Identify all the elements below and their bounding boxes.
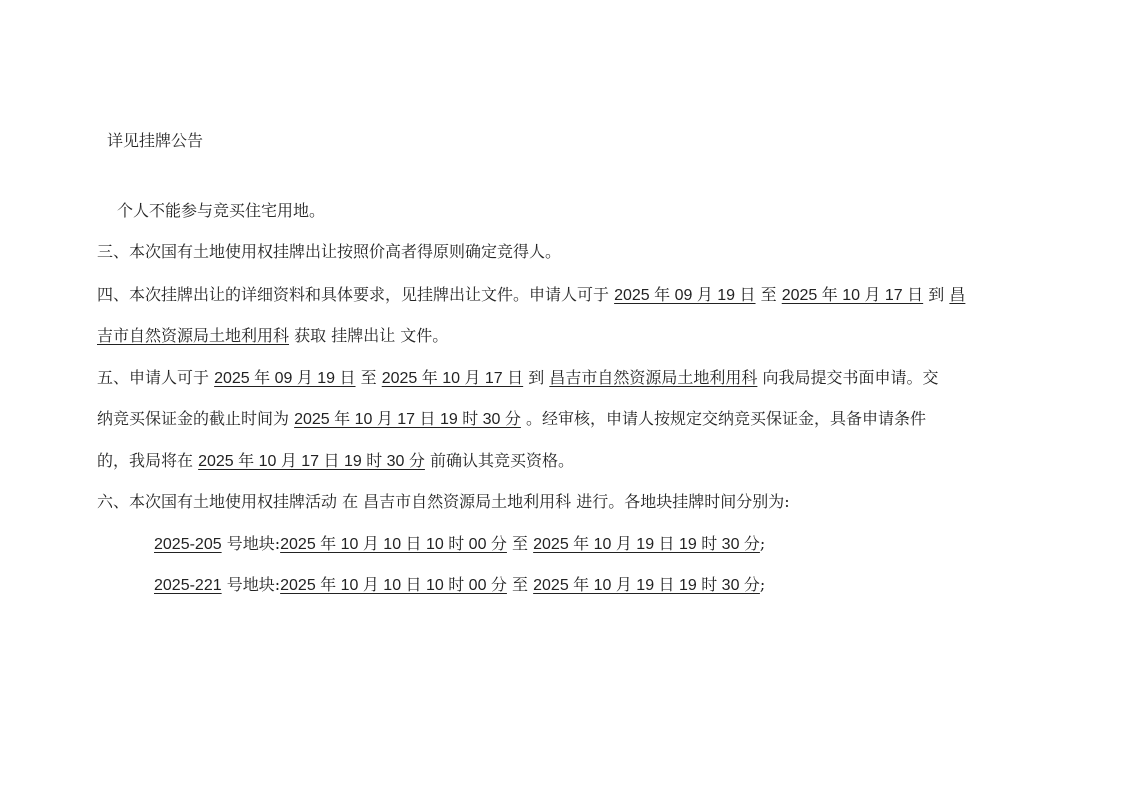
parcel-1-end: 2025 年 10 月 19 日 19 时 30 分 <box>533 536 760 553</box>
parcel-1-start: 2025 年 10 月 10 日 10 时 00 分 <box>280 536 507 553</box>
p4-at-word: 到 <box>928 285 944 304</box>
p5-line2-prefix: 纳竞买保证金的截止时间为 <box>97 409 289 428</box>
parcel-1-label: 号地块: <box>227 534 280 553</box>
parcel-2-end-punct: ; <box>760 575 765 594</box>
parcel-1-id: 2025-205 <box>154 536 222 553</box>
p5-place: 昌吉市自然资源局土地利用科 <box>549 368 757 387</box>
p5-to-word: 至 <box>361 368 377 387</box>
p5-after-place: 向我局提交书面申请。交 <box>762 368 938 387</box>
paragraph-4-line-2: 吉市自然资源局土地利用科 获取 挂牌出让 文件。 <box>97 326 448 346</box>
paragraph-5-line-1: 五、申请人可于 2025 年 09 月 19 日 至 2025 年 10 月 1… <box>97 368 938 389</box>
p5-date-to: 2025 年 10 月 17 日 <box>382 370 523 387</box>
parcel-1-to-word: 至 <box>512 534 528 553</box>
p5-line3-suffix: 前确认其竞买资格。 <box>430 451 574 470</box>
parcel-2-label: 号地块: <box>227 575 280 594</box>
p4-place-part1: 昌 <box>949 285 965 304</box>
paragraph-5-line-2: 纳竞买保证金的截止时间为 2025 年 10 月 17 日 19 时 30 分 … <box>97 409 926 430</box>
p4-to-word: 至 <box>761 285 777 304</box>
p4-place-part2: 吉市自然资源局土地利用科 <box>97 326 289 345</box>
p4-suffix: 获取 挂牌出让 文件。 <box>294 326 448 345</box>
heading-see-announcement: 详见挂牌公告 <box>107 131 203 151</box>
paragraph-individual-restriction: 个人不能参与竞买住宅用地。 <box>117 201 325 221</box>
parcel-2-end: 2025 年 10 月 19 日 19 时 30 分 <box>533 577 760 594</box>
paragraph-5-line-3: 的，我局将在 2025 年 10 月 17 日 19 时 30 分 前确认其竞买… <box>97 451 574 472</box>
parcel-row-2: 2025-221 号地块:2025 年 10 月 10 日 10 时 00 分 … <box>154 575 765 596</box>
p4-prefix: 四、本次挂牌出让的详细资料和具体要求，见挂牌出让文件。申请人可于 <box>97 285 609 304</box>
p4-date-to: 2025 年 10 月 17 日 <box>782 287 923 304</box>
p5-prefix: 五、申请人可于 <box>97 368 209 387</box>
paragraph-3-bidding-principle: 三、本次国有土地使用权挂牌出让按照价高者得原则确定竞得人。 <box>97 242 561 262</box>
parcel-2-to-word: 至 <box>512 575 528 594</box>
parcel-2-id: 2025-221 <box>154 577 222 594</box>
p5-confirm-deadline: 2025 年 10 月 17 日 19 时 30 分 <box>198 453 425 470</box>
parcel-2-start: 2025 年 10 月 10 日 10 时 00 分 <box>280 577 507 594</box>
p5-at-word: 到 <box>528 368 544 387</box>
p5-date-from: 2025 年 09 月 19 日 <box>214 370 355 387</box>
parcel-1-end-punct: ; <box>760 534 765 553</box>
parcel-row-1: 2025-205 号地块:2025 年 10 月 10 日 10 时 00 分 … <box>154 534 765 555</box>
paragraph-6-listing-activity: 六、本次国有土地使用权挂牌活动 在 昌吉市自然资源局土地利用科 进行。各地块挂牌… <box>97 492 790 512</box>
p5-line3-prefix: 的，我局将在 <box>97 451 193 470</box>
p5-deposit-deadline: 2025 年 10 月 17 日 19 时 30 分 <box>294 411 521 428</box>
p4-date-from: 2025 年 09 月 19 日 <box>614 287 755 304</box>
p5-line2-suffix: 。经审核，申请人按规定交纳竞买保证金，具备申请条件 <box>526 409 926 428</box>
paragraph-4-line-1: 四、本次挂牌出让的详细资料和具体要求，见挂牌出让文件。申请人可于 2025 年 … <box>97 285 965 306</box>
